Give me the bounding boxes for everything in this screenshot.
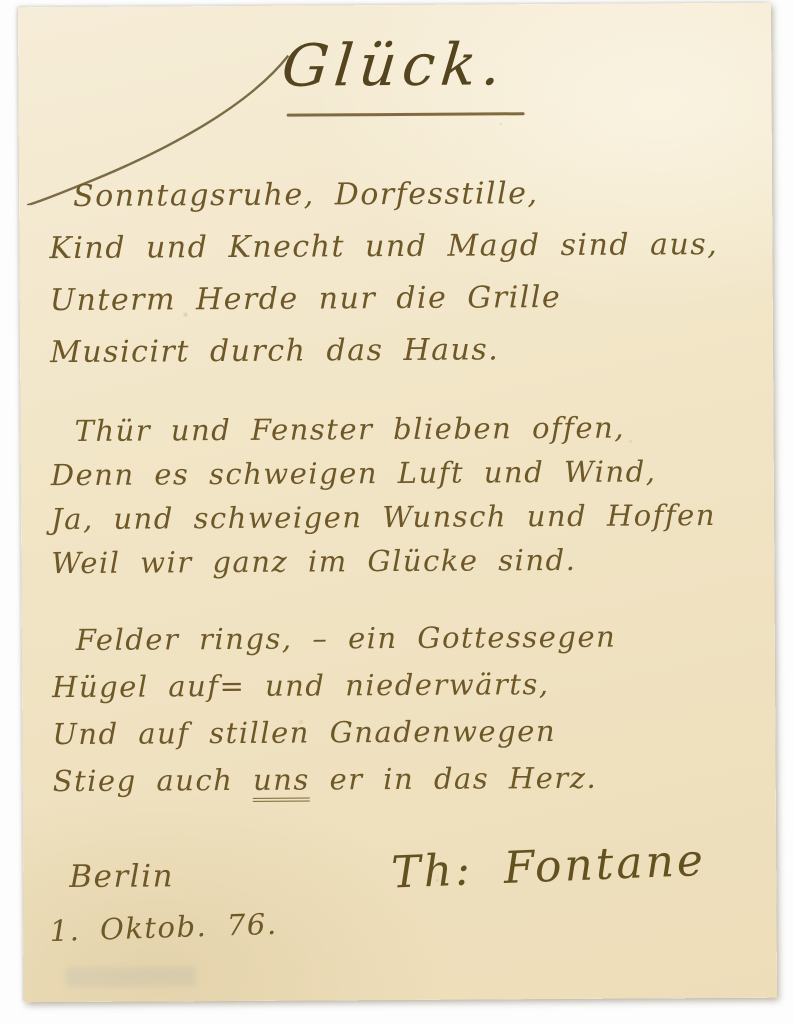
title-underline xyxy=(287,112,525,116)
footer-place: Berlin xyxy=(69,858,174,895)
poem-line: Ja, und schweigen Wunsch und Hoffen xyxy=(39,493,764,541)
poem-line: Kind und Knecht und Magd sind aus, xyxy=(37,219,762,275)
poem-line: Felder rings, – ein Gottessegen xyxy=(40,613,765,664)
poem-line: Thür und Fenster blieben offen, xyxy=(38,405,763,453)
poem-line-with-underline: Stieg auch uns er in das Herz. xyxy=(41,754,766,805)
faint-stamp xyxy=(66,966,196,987)
title-area: Glück. xyxy=(18,29,771,102)
poem-line: Weil wir ganz im Glücke sind. xyxy=(39,537,764,585)
poem-title: Glück. xyxy=(279,30,510,99)
line-part: er in das Herz. xyxy=(310,761,598,797)
poem-line: Denn es schweigen Luft und Wind, xyxy=(39,449,764,497)
poem-line: Und auf stillen Gnadenwegen xyxy=(40,707,765,758)
poem-stanza-1: Sonntagsruhe, Dorfesstille, Kind und Kne… xyxy=(37,167,763,379)
poem-line: Sonntagsruhe, Dorfesstille, xyxy=(37,167,762,223)
poem-line: Musicirt durch das Haus. xyxy=(38,323,763,379)
poem-line: Hügel auf= und niederwärts, xyxy=(40,660,765,711)
scan-background: Glück. Sonntagsruhe, Dorfesstille, Kind … xyxy=(0,0,793,1024)
manuscript-paper: Glück. Sonntagsruhe, Dorfesstille, Kind … xyxy=(18,3,777,1003)
underlined-word: uns xyxy=(253,763,310,802)
poem-stanza-2: Thür und Fenster blieben offen, Denn es … xyxy=(38,405,764,585)
line-part: Stieg auch xyxy=(53,763,254,798)
poem-stanza-3: Felder rings, – ein Gottessegen Hügel au… xyxy=(40,613,766,805)
author-signature: Th: Fontane xyxy=(390,832,772,899)
footer-date: 1. Oktob. 76. xyxy=(49,907,278,948)
poem-line: Unterm Herde nur die Grille xyxy=(38,271,763,327)
